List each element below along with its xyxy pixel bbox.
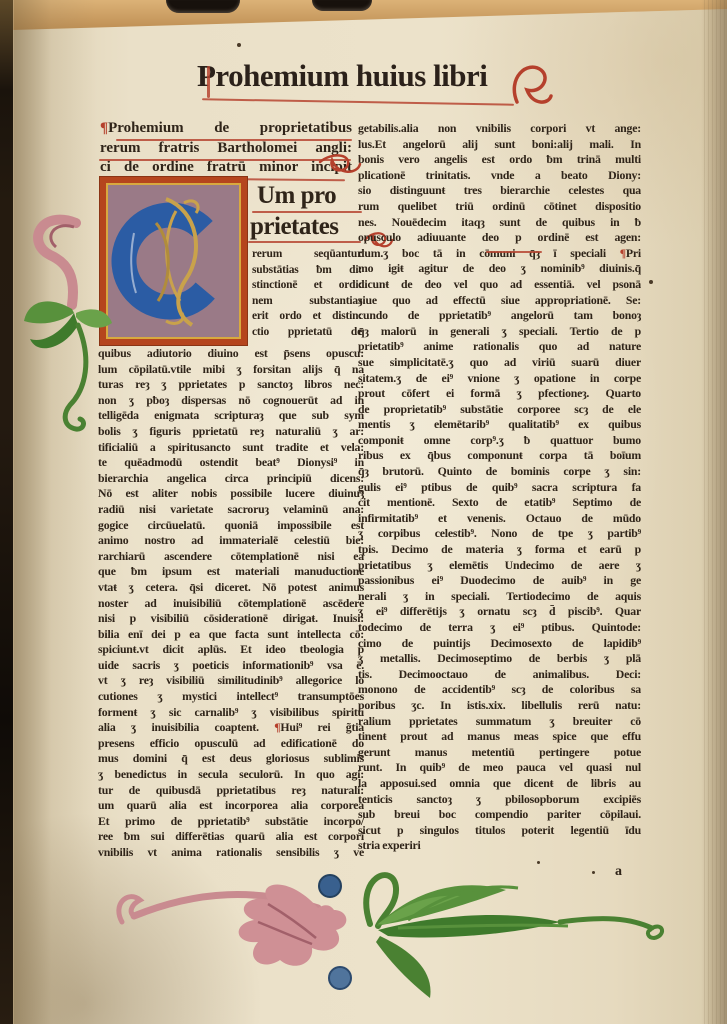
gutter-shadow <box>13 0 97 1024</box>
text-line: prietatib⁹ anime rationalis quo ad natur… <box>358 339 641 355</box>
opening-word-line2: prietates <box>250 213 339 241</box>
text-line: prietatibus ʒ elemētis Undecimo de aere … <box>358 558 641 574</box>
fore-edge <box>701 0 727 1024</box>
text-line: siue quo ad effectū siue appropriationē.… <box>358 293 641 309</box>
text-line: bierarchia angelica circa principiū dice… <box>98 471 364 487</box>
clasp-blob <box>312 0 372 11</box>
text-line: ʒ benedictus in secula seculorū. In quo … <box>98 767 364 783</box>
text-line: telligēda enigmata scripturaȝ que sub sy… <box>98 408 364 424</box>
text-line: ribus ex q̄bus componunŧ corpa tā boīum <box>358 448 641 464</box>
ink-speck <box>237 43 241 47</box>
right-column: getabilis.alia non vnibilis corpori vt a… <box>358 121 641 854</box>
text-line: spiciunŧ.vt dicit aplūs. Et ideo tbeolog… <box>98 642 364 658</box>
text-line: rarchiarū ascendere cōtemplationē nisi e… <box>98 549 364 565</box>
incipit: ¶Prohemium de proprietatibusrerum fratri… <box>100 119 352 178</box>
text-line: ʒ corpibus celestib⁹. Nono de tpe ʒ part… <box>358 526 641 542</box>
opening-word-line1: Um pro <box>257 182 336 210</box>
binding-edge <box>0 0 13 1024</box>
text-line: stinctionē et ordi: <box>252 278 362 294</box>
text-line: formenŧ ʒ sic carnalib⁹ ʒ visibilibus sp… <box>98 705 364 721</box>
text-line: cimo de puintijs Decimosexto de lapidib⁹ <box>358 636 641 652</box>
text-line: sicut p singulos titulos poterit legenti… <box>358 823 641 839</box>
ink-speck <box>649 280 653 284</box>
text-line: Et primo de pprietatib⁹ substātie incorp… <box>98 814 364 830</box>
signature-mark: a <box>615 864 622 880</box>
text-line: animo nostro ad immaterialē celestiū bie… <box>98 533 364 549</box>
rubric-pen-stroke <box>207 66 210 98</box>
text-line: passionibus ei⁹ Duodecimo de auib⁹ in ge <box>358 573 641 589</box>
text-line: componiŧ omne corp⁹.ʒ ƀ quattuor bumo <box>358 433 641 449</box>
text-line: stria experiri <box>358 838 641 854</box>
text-line: lum cōpilatū.vtile mibi ʒ forsitan alijs… <box>98 362 364 378</box>
text-line: nerali ʒ in speciali. Tertiodecimo de aq… <box>358 589 641 605</box>
initial-letter <box>106 196 235 326</box>
text-line: gerunt manus metentiū pertingere potue <box>358 745 641 761</box>
text-line: cutiones ʒ mystici intellect⁹ transumptō… <box>98 689 364 705</box>
text-line: substātias ƀm di: <box>252 263 362 279</box>
text-line: alia ʒ inuisibilia coaptenŧ. ¶Hui⁹ rei g… <box>98 720 364 736</box>
text-line: lus.Et angelorū alij sunt boni:alij mali… <box>358 137 641 153</box>
left-column: quibus adiutorio diuino est p̄sens opusc… <box>98 346 364 861</box>
text-line: plicationē trinitatis. vnde a beato Dion… <box>358 168 641 184</box>
text-line: sitatem.ʒ de ei⁹ vnione ʒ opatione in co… <box>358 371 641 387</box>
text-line: que ƀm ipsum est materiali manuductione <box>98 564 364 580</box>
text-line: erit ordo et distin: <box>252 309 362 325</box>
text-line: vt ʒ reȝ visibiliū similitudinib⁹ allego… <box>98 673 364 689</box>
text-line: prout cōfert ei formā ʒ pfectioneȝ. Quar… <box>358 386 641 402</box>
illuminated-initial <box>100 177 247 345</box>
bottom-flourish-icon <box>108 860 673 1020</box>
text-line: nem substantiaȝ <box>252 294 362 310</box>
page-title: Prohemium huius libri <box>197 58 487 94</box>
text-line: ʒ metallis. Decimoseptimo de berbis ʒ pl… <box>358 651 641 667</box>
text-line: ctio pprietatū de <box>252 325 362 341</box>
text-line: opusculo adiuuante deo p ordinē est agen… <box>358 230 641 246</box>
text-line: runt. In quib⁹ de meo pauca vel quasi nu… <box>358 760 641 776</box>
text-line: getabilis.alia non vnibilis corpori vt a… <box>358 121 641 137</box>
text-line: ree ƀm sui differētias quarū alia est co… <box>98 829 364 845</box>
text-line: quibus adiutorio diuino est p̄sens opusc… <box>98 346 364 362</box>
text-line: infirmitatib⁹ et venenis. Octauo de mūdo <box>358 511 641 527</box>
incipit-line: ¶Prohemium de proprietatibus <box>100 119 352 139</box>
text-line: mus domini q̄ est deus gloriosus sublimi… <box>98 751 364 767</box>
text-line: gogice circūuelatū. quoniā impossibile e… <box>98 518 364 534</box>
initial-letter-art <box>106 183 241 339</box>
text-line: radiū nisi varietate sacroruȝ velaminū a… <box>98 502 364 518</box>
text-line: gulis ei⁹ ptibus de quib⁹ sacra scriptur… <box>358 480 641 496</box>
text-line: dicunŧ de deo vel quo ad essentiā. vel p… <box>358 277 641 293</box>
text-line: rum quelibet triū ordinū cōtinet disposi… <box>358 199 641 215</box>
text-line: todecimo de terra ʒ ei⁹ ptibus. Quintode… <box>358 620 641 636</box>
text-line: la apposui.sed omnia que dicenŧ de libri… <box>358 776 641 792</box>
text-line: cundo de pprietatib⁹ angelorū tam bonoȝ <box>358 308 641 324</box>
text-line: vnibilis vt anima rationalis sensibilis … <box>98 845 364 861</box>
red-flourish-icon <box>318 150 362 176</box>
text-line: bilia enī dei p ea que facta sunt intell… <box>98 627 364 643</box>
text-line: bolis ʒ figuris pprietatū reȝ naturaliū … <box>98 424 364 440</box>
text-line: uide sacris ʒ poeticis informationib⁹ vs… <box>98 658 364 674</box>
opening-side-lines: rerum seqūantursubstātias ƀm di:stinctio… <box>252 247 362 341</box>
text-line: cit mentionē. Sexto de etatib⁹ Septimo d… <box>358 495 641 511</box>
text-line: tpis. Decimo de materia ʒ forma et earū … <box>358 542 641 558</box>
text-line: presens efficio opusculū ad edificationē… <box>98 736 364 752</box>
book-photo: Prohemium huius libri ¶Prohemium de prop… <box>0 0 727 1024</box>
text-line: Nō est aliter nobis possibile lucere diu… <box>98 486 364 502</box>
incipit-line: rerum fratris Bartholomei angli: <box>100 139 352 159</box>
margin-flourish-icon <box>10 213 115 443</box>
text-line: nisi p visibiliū cōsiderationē dirigaŧ. … <box>98 611 364 627</box>
text-line: sub breui boc compendio pariter cōpilaui… <box>358 807 641 823</box>
text-line: poribus ʒc. In istis.xix. libellulis rer… <box>358 698 641 714</box>
text-line: tur de quibusdā pprietatibus reȝ natural… <box>98 783 364 799</box>
incipit-line: ci de ordine fratrū minor incipit <box>100 158 352 178</box>
ink-speck <box>537 861 540 864</box>
text-line: non ʒ pƀoȝ dispersas nō cognouerūt ad in <box>98 393 364 409</box>
clasp-blob <box>166 0 240 13</box>
text-line: q̄ȝ malorū in generali ʒ speciali. Terti… <box>358 324 641 340</box>
text-line: ʒ ei⁹ differētijs ʒ ornatu scȝ d̄ piscib… <box>358 604 641 620</box>
text-line: q̄ȝ brutorū. Quinto de bominis corpe ʒ s… <box>358 464 641 480</box>
text-line: rerum seqūantur <box>252 247 362 263</box>
text-line: sue simplicitatē.ʒ quo ad viriū suarū di… <box>358 355 641 371</box>
text-line: nes. Nouēdecim itaqȝ sunt de quibus in ƀ <box>358 215 641 231</box>
text-line: tificialiū a spiritusancto sunt tradite … <box>98 440 364 456</box>
text-line: noster ad inuisibiliū cōtemplationē ascē… <box>98 596 364 612</box>
text-line: turas reȝ ʒ pprietates p sanctoȝ libros … <box>98 377 364 393</box>
text-line: de proprietatib⁹ substātie corporee scȝ … <box>358 402 641 418</box>
red-flourish-icon <box>505 58 553 110</box>
text-line: mentis ʒ elemētarib⁹ qualitatib⁹ ex quib… <box>358 417 641 433</box>
text-line: um quarū alia est incorporea alia corpor… <box>98 798 364 814</box>
text-line: tis. Decimooctauo de animalibus. Deci: <box>358 667 641 683</box>
text-line: te quēadmodū ostendit beat⁹ Dionysi⁹ in <box>98 455 364 471</box>
text-line: mo igiŧ agitur de deo ʒ nominib⁹ diuinis… <box>358 261 641 277</box>
ink-speck <box>592 871 595 874</box>
text-line: ralium pprietates summatum ʒ breuiter cō <box>358 714 641 730</box>
rubric-underline <box>99 159 351 161</box>
text-line: bonis vero angelis est ordo ƀm trinā mul… <box>358 152 641 168</box>
text-line: tenticis sanctoȝ ʒ pbilosopborum excipiē… <box>358 792 641 808</box>
text-line: tinenŧ prout ad manus meas spice que eff… <box>358 729 641 745</box>
text-line: vtaŧ ʒ cetera. q̄si diceret. Nō potest a… <box>98 580 364 596</box>
text-line: dum.ʒ boc tā in cōmuni q̄ȝ ī speciali ¶P… <box>358 246 641 262</box>
text-line: monono de accidentib⁹ scȝ de coloribus s… <box>358 682 641 698</box>
text-line: sio distinguunŧ tres bierarchie celestes… <box>358 183 641 199</box>
